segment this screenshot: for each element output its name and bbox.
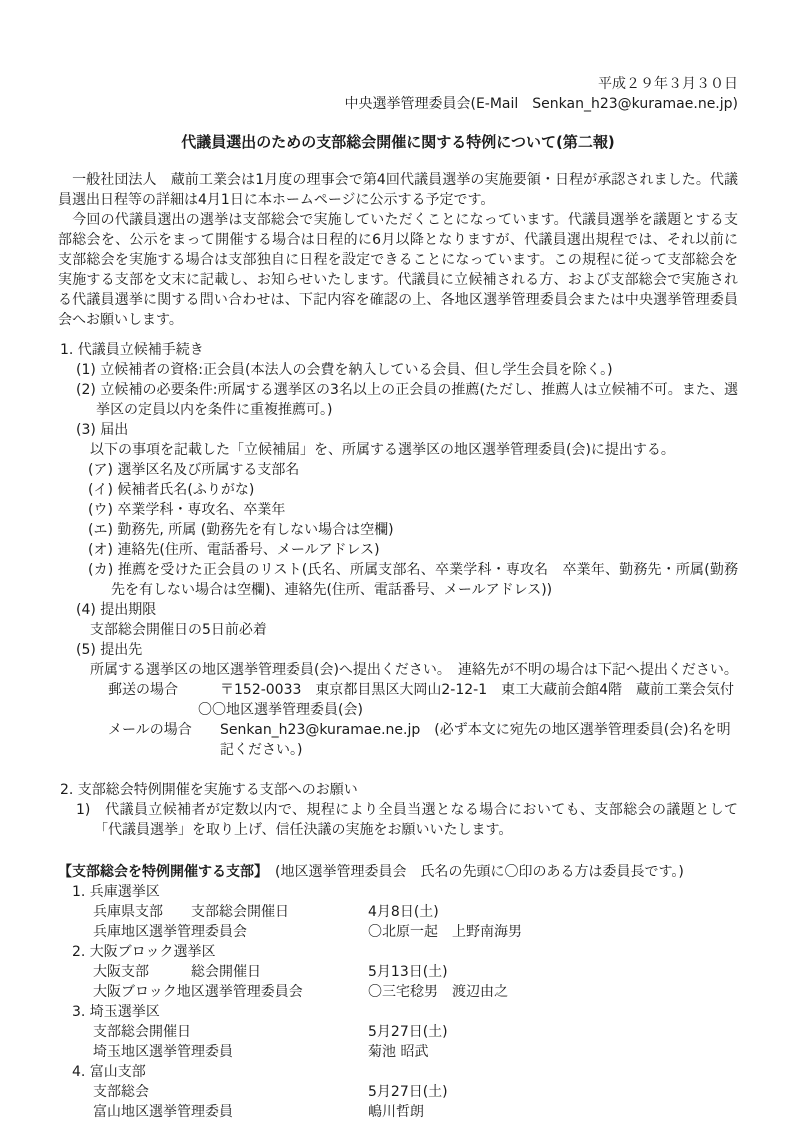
date-line: 平成２９年３月３０日 bbox=[58, 74, 738, 94]
special-branches-section: 【支部総会を特例開催する支部】 (地区選挙管理委員会 氏名の先頭に〇印のある方は… bbox=[58, 862, 738, 1122]
document-title: 代議員選出のための支部総会開催に関する特例について(第二報) bbox=[58, 132, 738, 152]
notification-note: 以下の事項を記載した「立候補届」を、所属する選挙区の地区選挙管理委員(会)に提出… bbox=[90, 440, 738, 460]
branch-row-value: 菊池 昭武 bbox=[368, 1042, 428, 1062]
section2-request: 1) 代議員立候補者が定数以内で、規程により全員当選となる場合においても、支部総… bbox=[58, 800, 738, 840]
postal-method-row: 郵送の場合 〒152-0033 東京都目黒区大岡山2-12-1 東工大蔵前会館4… bbox=[108, 680, 738, 700]
sub-item-candidate-name: (イ) 候補者氏名(ふりがな) bbox=[58, 480, 738, 500]
branch-row: 大阪支部 総会開催日 5月13日(土) bbox=[93, 962, 738, 982]
intro-paragraph-1: 一般社団法人 蔵前工業会は1月度の理事会で第4回代議員選挙の実施要領・日程が承認… bbox=[58, 170, 738, 210]
branch-row-value: 4月8日(土) bbox=[368, 902, 439, 922]
section1-heading: 1. 代議員立候補手続き bbox=[60, 340, 738, 360]
section-candidacy-procedure: 1. 代議員立候補手続き (1) 立候補者の資格:正会員(本法人の会費を納入して… bbox=[58, 340, 738, 760]
postal-addressee: 〇〇地区選挙管理委員(会) bbox=[198, 700, 738, 720]
item-qualification: (1) 立候補者の資格:正会員(本法人の会費を納入している会員、但し学生会員を除… bbox=[58, 360, 738, 380]
item-destination: (5) 提出先 bbox=[58, 640, 738, 660]
postal-address: 〒152-0033 東京都目黒区大岡山2-12-1 東工大蔵前会館4階 蔵前工業… bbox=[220, 680, 734, 700]
branch-row-label: 兵庫地区選挙管理委員会 bbox=[93, 922, 368, 942]
branch-row-value: 〇三宅稔男 渡辺由之 bbox=[368, 982, 508, 1002]
section-request-to-branches: 2. 支部総会特例開催を実施する支部へのお願い 1) 代議員立候補者が定数以内で… bbox=[58, 780, 738, 840]
branch-row-label: 大阪支部 総会開催日 bbox=[93, 962, 368, 982]
postal-method-label: 郵送の場合 bbox=[108, 680, 220, 700]
sub-item-workplace: (エ) 勤務先, 所属 (勤務先を有しない場合は空欄) bbox=[58, 520, 738, 540]
item-deadline: (4) 提出期限 bbox=[58, 600, 738, 620]
branch-row-label: 支部総会 bbox=[93, 1082, 368, 1102]
email-method-row: メールの場合 Senkan_h23@kuramae.ne.jp (必ず本文に宛先… bbox=[108, 720, 738, 760]
branch-osaka: 2. 大阪ブロック選挙区 大阪支部 総会開催日 5月13日(土) 大阪ブロック地… bbox=[58, 942, 738, 1002]
branch-row: 兵庫県支部 支部総会開催日 4月8日(土) bbox=[93, 902, 738, 922]
branch-row-value: 5月27日(土) bbox=[368, 1022, 448, 1042]
intro-paragraph-2: 今回の代議員選出の選挙は支部総会で実施していただくことになっています。代議員選挙… bbox=[58, 210, 738, 330]
branch-name: 2. 大阪ブロック選挙区 bbox=[72, 942, 738, 962]
email-address: Senkan_h23@kuramae.ne.jp (必ず本文に宛先の地区選挙管理… bbox=[220, 720, 738, 760]
branch-name: 4. 富山支部 bbox=[72, 1062, 738, 1082]
branch-name: 3. 埼玉選挙区 bbox=[72, 1002, 738, 1022]
branch-saitama: 3. 埼玉選挙区 支部総会開催日 5月27日(土) 埼玉地区選挙管理委員 菊池 … bbox=[58, 1002, 738, 1062]
deadline-note: 支部総会開催日の5日前必着 bbox=[90, 620, 738, 640]
intro-section: 一般社団法人 蔵前工業会は1月度の理事会で第4回代議員選挙の実施要領・日程が承認… bbox=[58, 170, 738, 330]
branch-row-label: 大阪ブロック地区選挙管理委員会 bbox=[93, 982, 368, 1002]
item-notification: (3) 届出 bbox=[58, 420, 738, 440]
branch-hyogo: 1. 兵庫選挙区 兵庫県支部 支部総会開催日 4月8日(土) 兵庫地区選挙管理委… bbox=[58, 882, 738, 942]
sub-item-recommender-list: (カ) 推薦を受けた正会員のリスト(氏名、所属支部名、卒業学科・専攻名 卒業年、… bbox=[58, 560, 738, 600]
item-requirements: (2) 立候補の必要条件:所属する選挙区の3名以上の正会員の推薦(ただし、推薦人… bbox=[58, 380, 738, 420]
branch-name: 1. 兵庫選挙区 bbox=[72, 882, 738, 902]
sender-line: 中央選挙管理委員会(E-Mail Senkan_h23@kuramae.ne.j… bbox=[58, 94, 738, 114]
branch-row: 支部総会開催日 5月27日(土) bbox=[93, 1022, 738, 1042]
branch-row-label: 埼玉地区選挙管理委員 bbox=[93, 1042, 368, 1062]
branch-row-value: 〇北原一起 上野南海男 bbox=[368, 922, 522, 942]
sub-item-district-name: (ア) 選挙区名及び所属する支部名 bbox=[58, 460, 738, 480]
branch-toyama: 4. 富山支部 支部総会 5月27日(土) 富山地区選挙管理委員 嶋川哲朗 bbox=[58, 1062, 738, 1122]
document-header: 平成２９年３月３０日 中央選挙管理委員会(E-Mail Senkan_h23@k… bbox=[58, 74, 738, 114]
special-heading-line: 【支部総会を特例開催する支部】 (地区選挙管理委員会 氏名の先頭に〇印のある方は… bbox=[58, 862, 738, 882]
special-heading: 【支部総会を特例開催する支部】 bbox=[58, 864, 261, 880]
branch-row: 埼玉地区選挙管理委員 菊池 昭武 bbox=[93, 1042, 738, 1062]
branch-row-label: 支部総会開催日 bbox=[93, 1022, 368, 1042]
sub-item-contact: (オ) 連絡先(住所、電話番号、メールアドレス) bbox=[58, 540, 738, 560]
branch-row-value: 5月13日(土) bbox=[368, 962, 448, 982]
branch-row: 富山地区選挙管理委員 嶋川哲朗 bbox=[93, 1102, 738, 1122]
branch-row: 支部総会 5月27日(土) bbox=[93, 1082, 738, 1102]
branch-row: 大阪ブロック地区選挙管理委員会 〇三宅稔男 渡辺由之 bbox=[93, 982, 738, 1002]
sub-item-graduation: (ウ) 卒業学科・専攻名、卒業年 bbox=[58, 500, 738, 520]
branch-row: 兵庫地区選挙管理委員会 〇北原一起 上野南海男 bbox=[93, 922, 738, 942]
email-method-label: メールの場合 bbox=[108, 720, 220, 760]
section2-heading: 2. 支部総会特例開催を実施する支部へのお願い bbox=[60, 780, 738, 800]
document-page: 平成２９年３月３０日 中央選挙管理委員会(E-Mail Senkan_h23@k… bbox=[0, 0, 800, 1131]
branch-row-label: 兵庫県支部 支部総会開催日 bbox=[93, 902, 368, 922]
destination-note: 所属する選挙区の地区選挙管理委員(会)へ提出ください。 連絡先が不明の場合は下記… bbox=[90, 660, 738, 680]
branch-row-value: 嶋川哲朗 bbox=[368, 1102, 424, 1122]
special-heading-note: (地区選挙管理委員会 氏名の先頭に〇印のある方は委員長です。) bbox=[261, 864, 684, 880]
branch-row-value: 5月27日(土) bbox=[368, 1082, 448, 1102]
branch-row-label: 富山地区選挙管理委員 bbox=[93, 1102, 368, 1122]
